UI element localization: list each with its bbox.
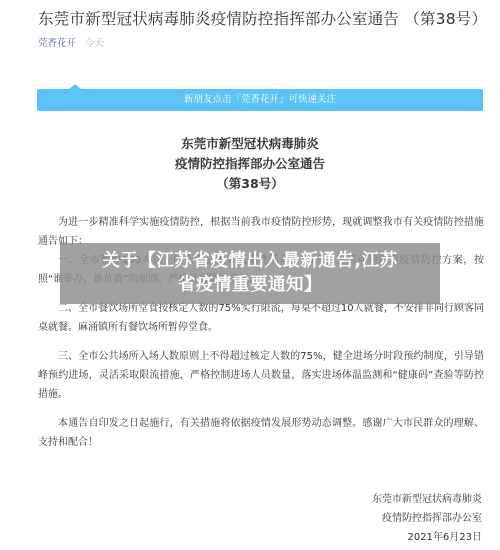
publish-time: 今天 (85, 38, 104, 49)
document-number: （第38号） (150, 174, 350, 194)
item-two-paragraph: 二、全市餐饮场所堂食按核定人数的75%实行限流，每桌不超过10人就餐，不安排非同… (38, 299, 484, 337)
author-link[interactable]: 莞香花开 (38, 38, 76, 49)
signature-line: 东莞市新型冠状病毒肺炎 (372, 490, 482, 509)
article-title: 东莞市新型冠状病毒肺炎疫情防控指挥部办公室通告 （第38号） (38, 9, 488, 29)
overlay-line: 关于【江苏省疫情出入最新通告,江苏 (60, 249, 440, 273)
item-three-paragraph: 三、全市公共场所入场人数原则上不得超过核定人数的75%，健全进场分时段预约制度，… (38, 347, 484, 404)
follow-banner[interactable]: 新朋友点击「莞香花开」可快速关注 (37, 89, 483, 111)
document-header-line: 东莞市新型冠状病毒肺炎 (150, 134, 350, 154)
headline-overlay[interactable]: 关于【江苏省疫情出入最新通告,江苏 省疫情重要通知】 (60, 243, 440, 304)
closing-paragraph: 本通告自印发之日起施行，有关措施将依据疫情发展形势动态调整。感谢广大市民群众的理… (38, 414, 484, 452)
follow-banner-text: 新朋友点击「莞香花开」可快速关注 (184, 94, 336, 105)
signature-block: 东莞市新型冠状病毒肺炎 疫情防控指挥部办公室 2021年6月23日 (372, 490, 482, 547)
overlay-line: 省疫情重要通知】 (60, 273, 440, 297)
signature-date: 2021年6月23日 (372, 528, 482, 547)
article-meta: 莞香花开 今天 (38, 38, 104, 50)
document-header: 东莞市新型冠状病毒肺炎 疫情防控指挥部办公室通告 （第38号） (150, 134, 350, 194)
document-header-line: 疫情防控指挥部办公室通告 (150, 154, 350, 174)
signature-line: 疫情防控指挥部办公室 (372, 509, 482, 528)
banner-pointer-icon (69, 84, 81, 89)
